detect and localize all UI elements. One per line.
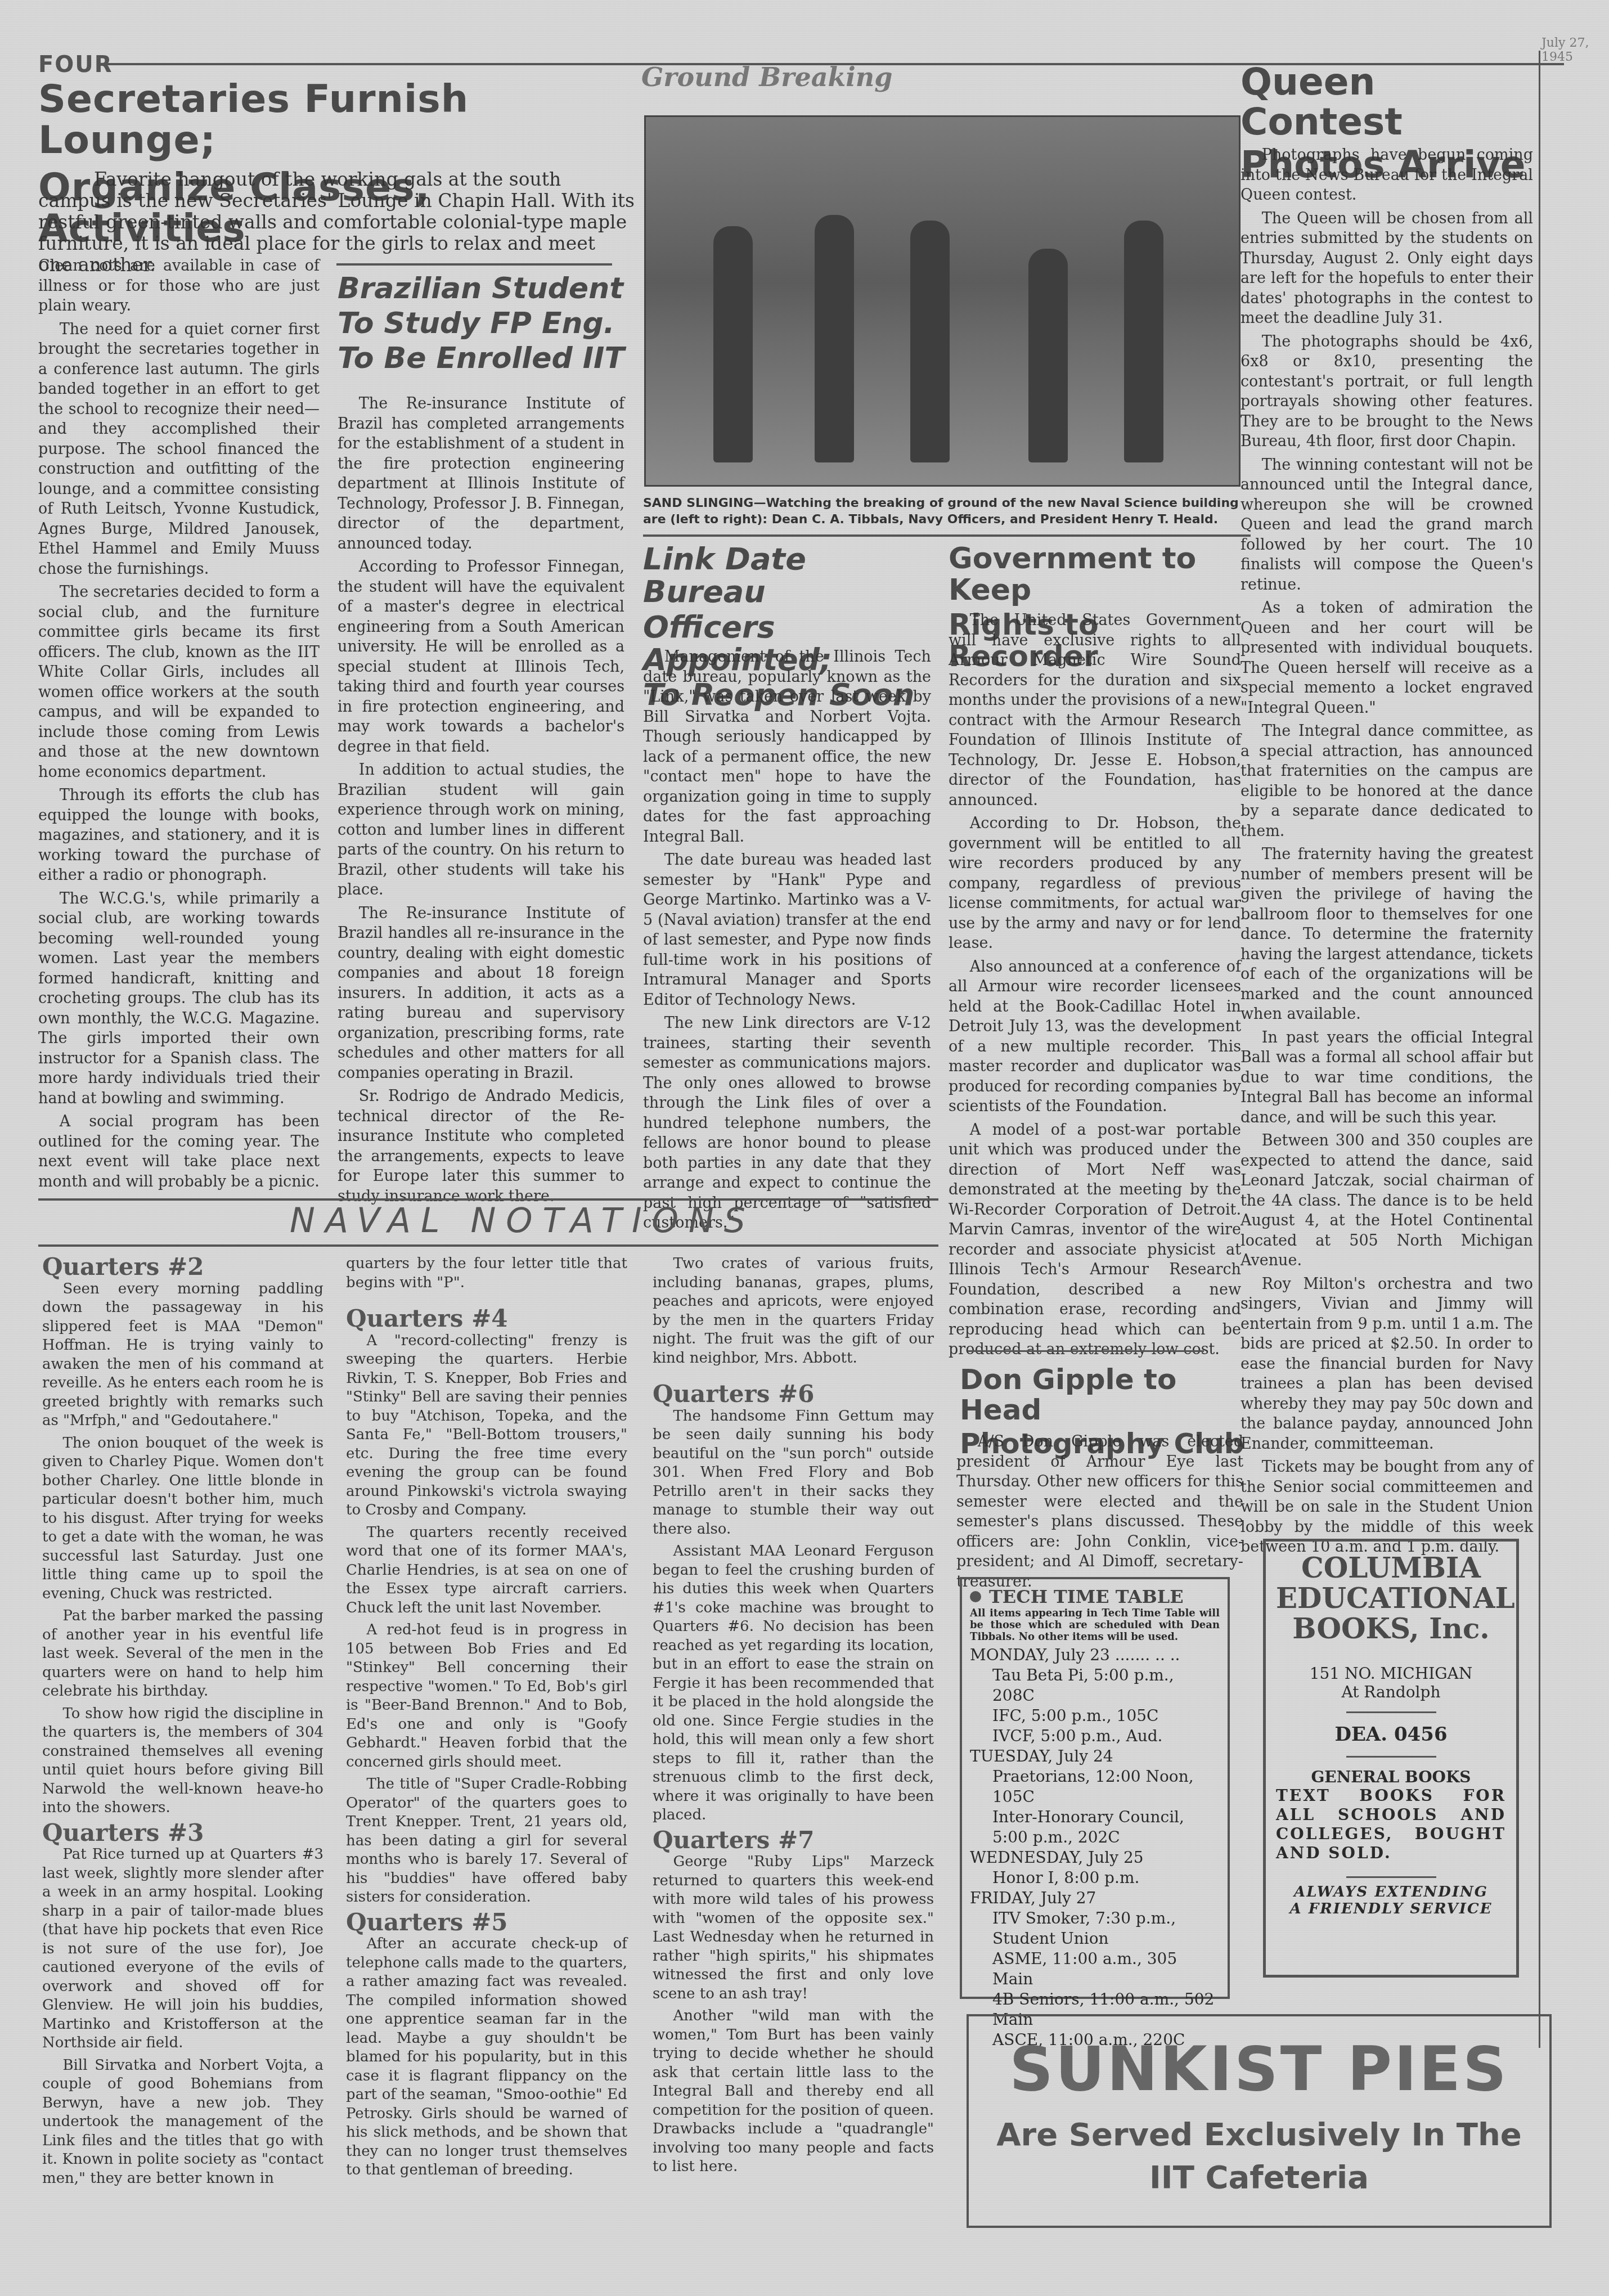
timetable-note: All items appearing in Tech Time Table w…: [970, 1607, 1220, 1643]
photo-figure: [815, 215, 854, 462]
sunkist-pies-ad: SUNKIST PIES Are Served Exclusively In T…: [967, 2014, 1552, 2228]
naval-column-1: Quarters #2 Seen every morning paddling …: [42, 1252, 323, 2191]
phone-number: DEA. 0456: [1276, 1723, 1506, 1746]
ground-breaking-photo: [644, 115, 1241, 487]
government-column: The United States Government will have e…: [949, 610, 1241, 1363]
divider: [968, 1350, 1204, 1352]
link-column: Management of the Illinois Tech date bur…: [643, 647, 931, 1237]
divider: [1346, 1756, 1436, 1758]
timetable-heading: TECH TIME TABLE: [970, 1586, 1220, 1607]
divider: [38, 1244, 938, 1247]
divider: [643, 534, 1251, 537]
photo-figure: [713, 226, 753, 462]
divider: [38, 1198, 938, 1201]
queen-column: Photographs have begun coming into the N…: [1241, 145, 1533, 1561]
naval-banner: NAVAL NOTATIONS: [290, 1201, 756, 1241]
divider: [336, 263, 612, 266]
lounge-column: Clean cots are available in case of illn…: [38, 256, 320, 1195]
column-rule: [1539, 51, 1540, 2048]
photo-caption: SAND SLINGING—Watching the breaking of g…: [643, 495, 1245, 528]
naval-column-3: Two crates of various fruits, including …: [653, 1255, 934, 2180]
brazilian-headline: Brazilian Student To Study FP Eng. To Be…: [338, 273, 630, 374]
photo-figure: [910, 221, 950, 462]
newspaper-page: FOUR July 27, 1945 Secretaries Furnish L…: [0, 0, 1609, 2296]
bullet-icon: [970, 1591, 981, 1602]
photo-figure: [1124, 221, 1163, 462]
issue-date: July 27, 1945: [1541, 36, 1609, 64]
brazilian-column: The Re-insurance Institute of Brazil has…: [338, 394, 624, 1210]
naval-column-2: quarters by the four letter title that b…: [346, 1255, 627, 2183]
divider: [1346, 1711, 1436, 1713]
divider: [1346, 1876, 1436, 1878]
photo-figure: [1028, 249, 1068, 462]
columbia-books-ad: COLUMBIA EDUCATIONAL BOOKS, Inc. 151 NO.…: [1263, 1539, 1519, 1978]
tech-time-table: TECH TIME TABLE All items appearing in T…: [960, 1577, 1230, 1999]
photo-kicker: Ground Breaking: [641, 62, 892, 92]
gipple-column: A/S Don Gipple was elected president of …: [956, 1432, 1243, 1595]
